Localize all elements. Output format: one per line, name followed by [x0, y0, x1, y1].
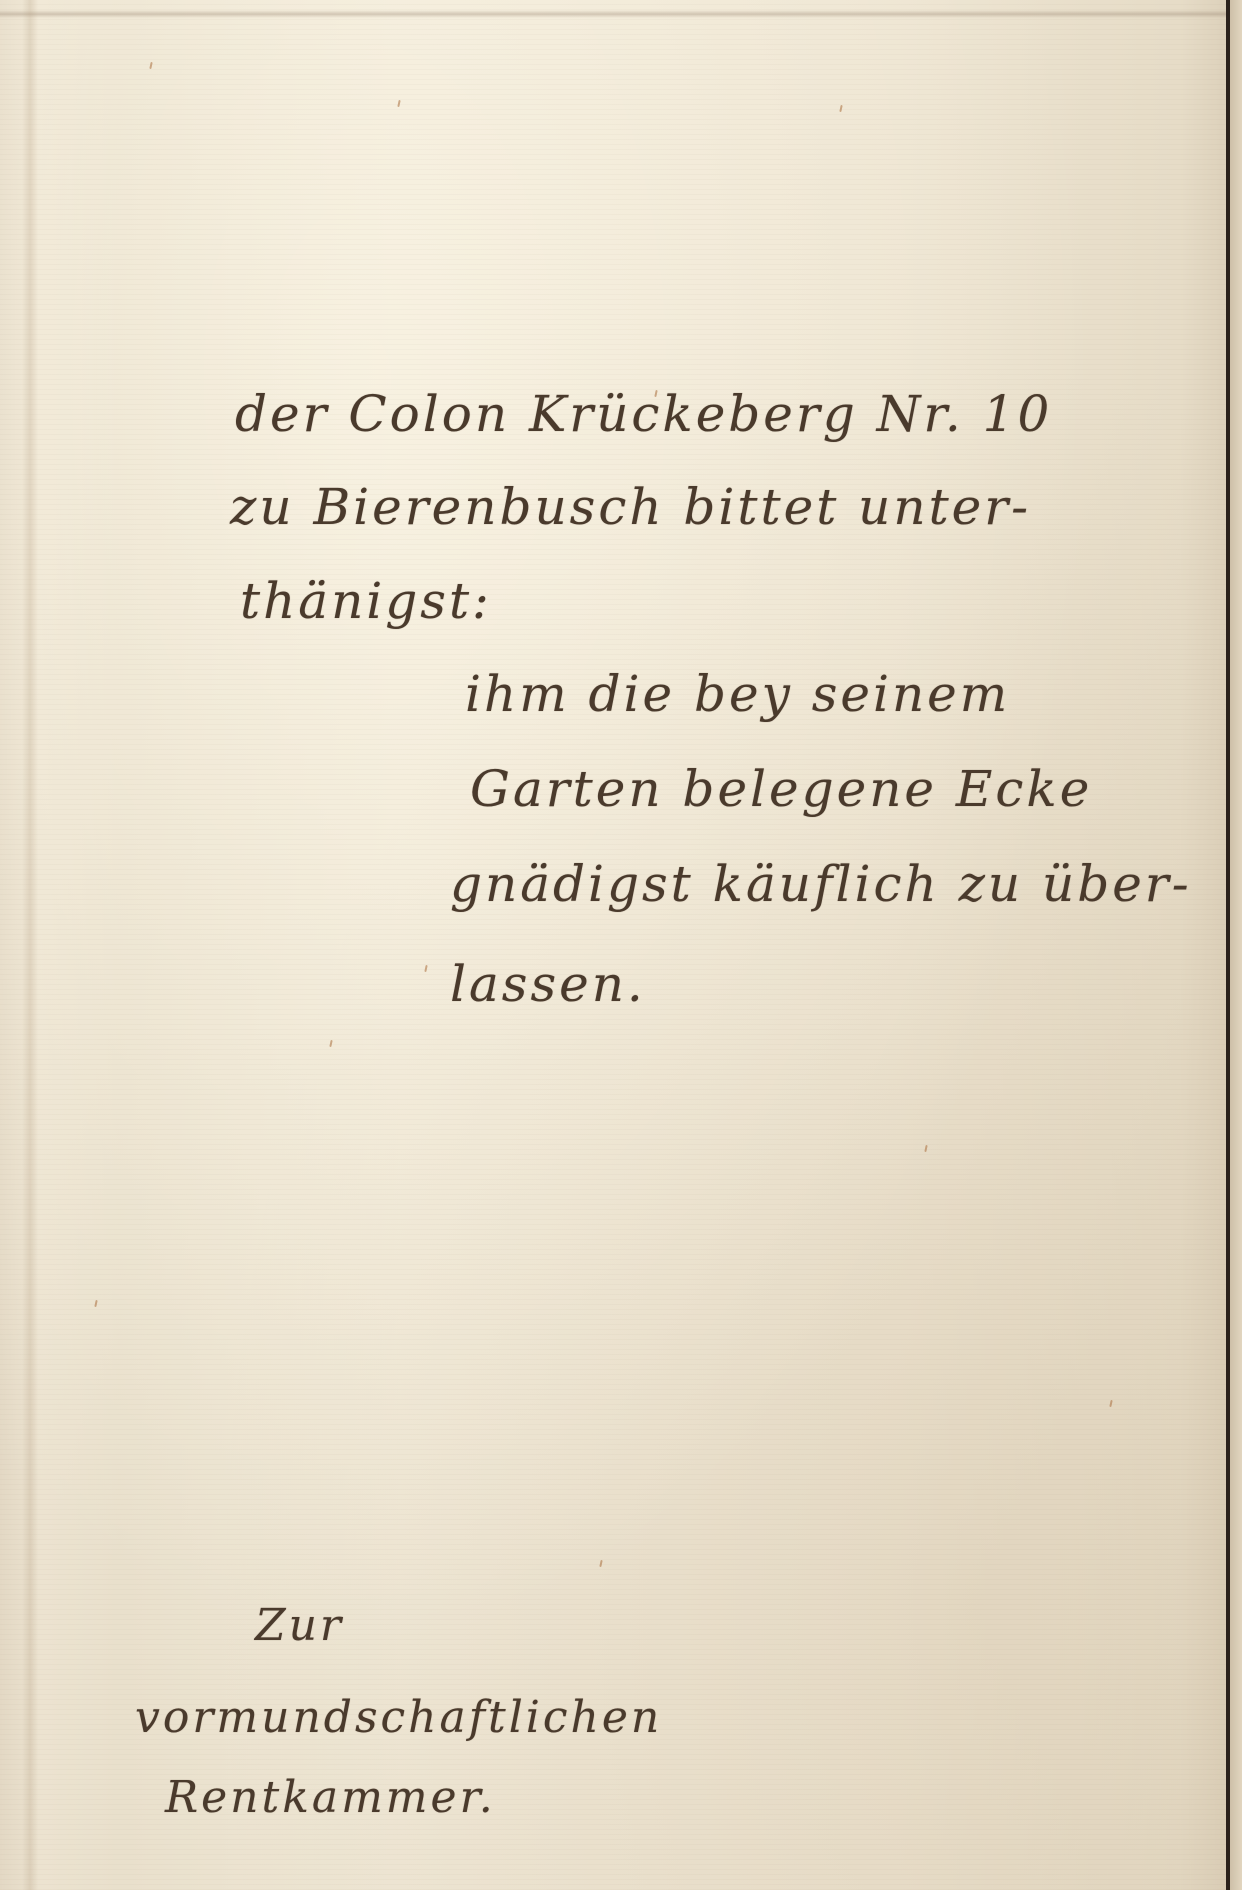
paper-speck [397, 100, 400, 107]
body-line-7: lassen. [450, 955, 646, 1013]
left-fold-crease [22, 0, 38, 1890]
paper-speck [839, 105, 842, 112]
paper-speck [599, 1560, 602, 1567]
body-line-2: zu Bierenbusch bittet unter- [230, 478, 1031, 536]
address-line-1: Zur [255, 1600, 344, 1651]
paper-speck [924, 1145, 927, 1152]
paper-speck [94, 1300, 97, 1307]
address-line-2: vormundschaftlichen [135, 1692, 662, 1743]
paper-speck [149, 62, 152, 69]
body-line-6: gnädigst käuflich zu über- [450, 855, 1192, 913]
top-fold-crease [0, 10, 1226, 18]
body-line-3: thänigst: [240, 572, 492, 630]
body-line-4: ihm die bey seinem [465, 665, 1010, 723]
document-page: der Colon Krückeberg Nr. 10 zu Bierenbus… [0, 0, 1226, 1890]
address-line-3: Rentkammer. [165, 1772, 496, 1823]
paper-speck [424, 965, 427, 972]
paper-speck [329, 1040, 332, 1047]
paper-speck [1109, 1400, 1112, 1407]
body-line-1: der Colon Krückeberg Nr. 10 [235, 385, 1052, 443]
adjacent-page-strip [1230, 0, 1242, 1890]
body-line-5: Garten belegene Ecke [470, 760, 1092, 818]
